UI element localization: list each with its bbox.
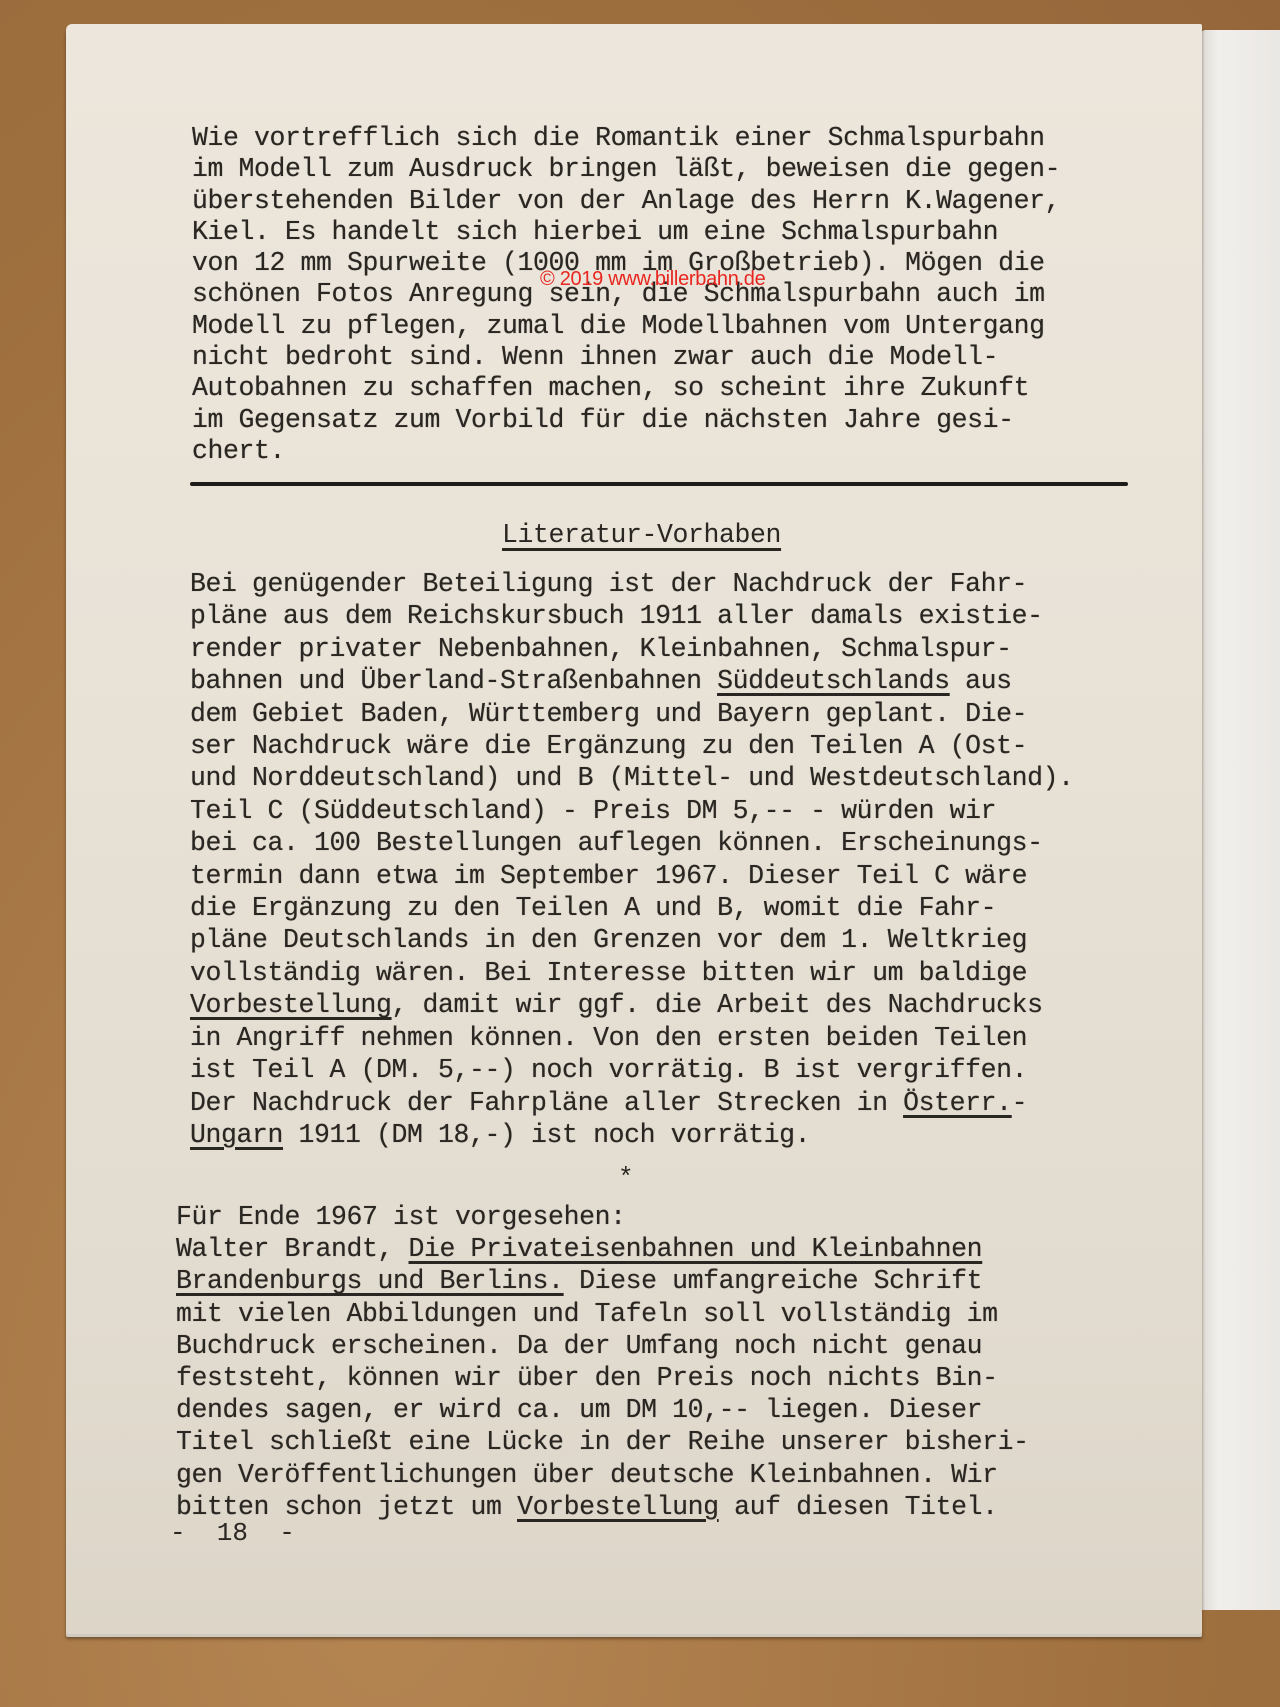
intro-line: im Modell zum Ausdruck bringen läßt, bew… [192, 154, 1060, 185]
section-line: pläne Deutschlands in den Grenzen vor de… [190, 924, 1074, 956]
intro-line: im Gegensatz zum Vorbild für die nächste… [192, 405, 1060, 436]
section-heading: Literatur-Vorhaben [502, 520, 781, 550]
section-line: vollständig wären. Bei Interesse bitten … [190, 957, 1074, 989]
announcement-line: Buchdruck erscheinen. Da der Umfang noch… [176, 1330, 1029, 1362]
separator-asterisk: * [618, 1163, 634, 1193]
intro-paragraph: Wie vortrefflich sich die Romantik einer… [192, 123, 1060, 467]
page-number: - 18 - [170, 1518, 295, 1548]
announcement-line: bitten schon jetzt um Vorbestellung auf … [176, 1491, 1029, 1523]
section-line: bahnen und Überland-Straßenbahnen Süddeu… [190, 665, 1074, 697]
intro-line: nicht bedroht sind. Wenn ihnen zwar auch… [192, 342, 1060, 373]
announcement-line: Für Ende 1967 ist vorgesehen: [176, 1201, 1029, 1233]
announcement-paragraph: Für Ende 1967 ist vorgesehen:Walter Bran… [176, 1201, 1029, 1523]
section-line: ist Teil A (DM. 5,--) noch vorrätig. B i… [190, 1054, 1074, 1086]
intro-line: chert. [192, 436, 1060, 467]
announcement-line: gen Veröffentlichungen über deutsche Kle… [176, 1459, 1029, 1491]
underlined-emphasis: Vorbestellung [517, 1492, 719, 1522]
section-line: und Norddeutschland) und B (Mittel- und … [190, 762, 1074, 794]
announcement-line: feststeht, können wir über den Preis noc… [176, 1362, 1029, 1394]
section-line: pläne aus dem Reichskursbuch 1911 aller … [190, 600, 1074, 632]
section-line: ser Nachdruck wäre die Ergänzung zu den … [190, 730, 1074, 762]
underlined-emphasis: Brandenburgs und Berlins. [176, 1266, 564, 1296]
underlined-emphasis: Vorbestellung [190, 990, 392, 1020]
intro-line: Wie vortrefflich sich die Romantik einer… [192, 123, 1060, 154]
intro-line: Autobahnen zu schaffen machen, so schein… [192, 373, 1060, 404]
announcement-line: dendes sagen, er wird ca. um DM 10,-- li… [176, 1394, 1029, 1426]
copyright-watermark: © 2019 www.billerbahn.de [540, 268, 765, 291]
section-line: Bei genügender Beteiligung ist der Nachd… [190, 568, 1074, 600]
section-divider [190, 482, 1128, 486]
section-line: in Angriff nehmen können. Von den ersten… [190, 1022, 1074, 1054]
section-line: die Ergänzung zu den Teilen A und B, wom… [190, 892, 1074, 924]
section-line: bei ca. 100 Bestellungen auflegen können… [190, 827, 1074, 859]
underlined-emphasis: Süddeutschlands [717, 666, 950, 696]
announcement-line: Titel schließt eine Lücke in der Reihe u… [176, 1426, 1029, 1458]
intro-line: Kiel. Es handelt sich hierbei um eine Sc… [192, 217, 1060, 248]
section-line: Teil C (Süddeutschland) - Preis DM 5,-- … [190, 795, 1074, 827]
section-line: termin dann etwa im September 1967. Dies… [190, 860, 1074, 892]
section-line: Der Nachdruck der Fahrpläne aller Streck… [190, 1087, 1074, 1119]
section-line: render privater Nebenbahnen, Kleinbahnen… [190, 633, 1074, 665]
intro-line: überstehenden Bilder von der Anlage des … [192, 186, 1060, 217]
intro-line: Modell zu pflegen, zumal die Modellbahne… [192, 311, 1060, 342]
underlined-emphasis: Österr. [903, 1088, 1012, 1118]
underlined-emphasis: Die Privateisenbahnen und Kleinbahnen [409, 1234, 983, 1264]
section-line: Vorbestellung, damit wir ggf. die Arbeit… [190, 989, 1074, 1021]
section-paragraph: Bei genügender Beteiligung ist der Nachd… [190, 568, 1074, 1151]
adjacent-page [1198, 30, 1280, 1610]
section-line: dem Gebiet Baden, Württemberg und Bayern… [190, 698, 1074, 730]
announcement-line: Brandenburgs und Berlins. Diese umfangre… [176, 1265, 1029, 1297]
announcement-line: Walter Brandt, Die Privateisenbahnen und… [176, 1233, 1029, 1265]
announcement-line: mit vielen Abbildungen und Tafeln soll v… [176, 1298, 1029, 1330]
section-line: Ungarn 1911 (DM 18,-) ist noch vorrätig. [190, 1119, 1074, 1151]
underlined-emphasis: Ungarn [190, 1120, 283, 1150]
